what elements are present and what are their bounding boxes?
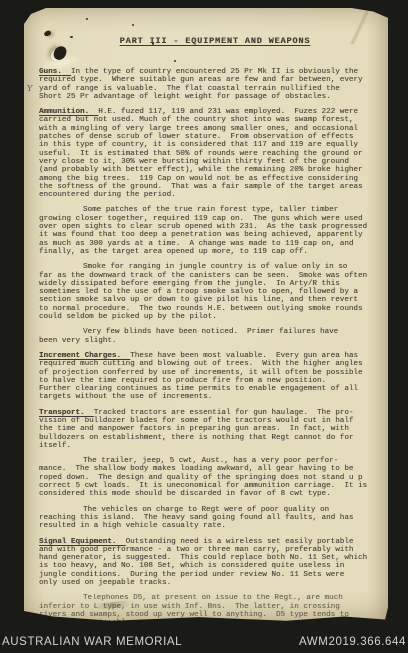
paragraph-ammunition: Ammunition.H.E. fuzed 117, 119 and 231 w…	[39, 108, 381, 199]
paragraph-text: Some patches of the true rain forest typ…	[39, 206, 367, 255]
paragraph-trailer: The trailer, jeep, 5 cwt, Aust., has a v…	[39, 457, 381, 498]
ink-speck	[86, 18, 88, 20]
archive-name: AUSTRALIAN WAR MEMORIAL	[2, 636, 182, 648]
paragraph-smoke: Smoke for ranging in jungle country is o…	[39, 263, 381, 321]
ink-speck	[132, 24, 134, 26]
document-page: Y PART III - EQUIPMENT AND WEAPONS Guns.…	[24, 8, 388, 622]
paragraph-rain-forest: Some patches of the true rain forest typ…	[39, 206, 381, 256]
archive-footer: AUSTRALIAN WAR MEMORIAL AWM2019.366.644	[0, 627, 408, 653]
paragraph-text: Smoke for ranging in jungle country is o…	[39, 263, 367, 321]
scan-background: Y PART III - EQUIPMENT AND WEAPONS Guns.…	[0, 0, 408, 653]
paragraph-text: Very few blinds have been noticed. Prime…	[39, 328, 338, 344]
typed-content: PART III - EQUIPMENT AND WEAPONS Guns.In…	[39, 36, 381, 635]
paragraph-text: The trailer, jeep, 5 cwt, Aust., has a v…	[39, 457, 367, 498]
paragraph-heading: Guns.	[39, 68, 71, 76]
paragraph-text: These have been most valuable. Every gun…	[39, 352, 363, 401]
paragraph-increment-charges: Increment Charges.These have been most v…	[39, 352, 381, 402]
paragraph-heading: Increment Charges.	[39, 352, 130, 360]
paragraph-blinds: Very few blinds have been noticed. Prime…	[39, 328, 381, 345]
paragraph-text: Outstanding need is a wireless set easil…	[39, 538, 367, 587]
paragraph-signal-equipment: Signal Equipment.Outstanding need is a w…	[39, 538, 381, 588]
paragraph-heading: Ammunition.	[39, 108, 98, 116]
paragraph-text: The vehicles on charge to Regt were of p…	[39, 506, 353, 531]
margin-mark: Y	[26, 84, 33, 93]
paragraph-telephones: Telephones D5, at present on issue to th…	[39, 594, 381, 627]
paragraph-transport: Transport.Tracked tractors are essential…	[39, 409, 381, 450]
page-title: PART III - EQUIPMENT AND WEAPONS	[49, 36, 381, 46]
paragraph-heading: Signal Equipment.	[39, 538, 126, 546]
paragraph-vehicles: The vehicles on charge to Regt were of p…	[39, 506, 381, 531]
archive-id: AWM2019.366.644	[299, 636, 406, 648]
paragraph-guns: Guns.In the type of country encountered …	[39, 68, 381, 101]
paragraph-heading: Transport.	[39, 409, 94, 417]
paragraph-text: In the type of country encountered 25 Pr…	[39, 68, 363, 101]
paragraph-text: H.E. fuzed 117, 119 and 231 was employed…	[39, 108, 363, 199]
paragraph-text: Telephones D5, at present on issue to th…	[39, 594, 349, 627]
